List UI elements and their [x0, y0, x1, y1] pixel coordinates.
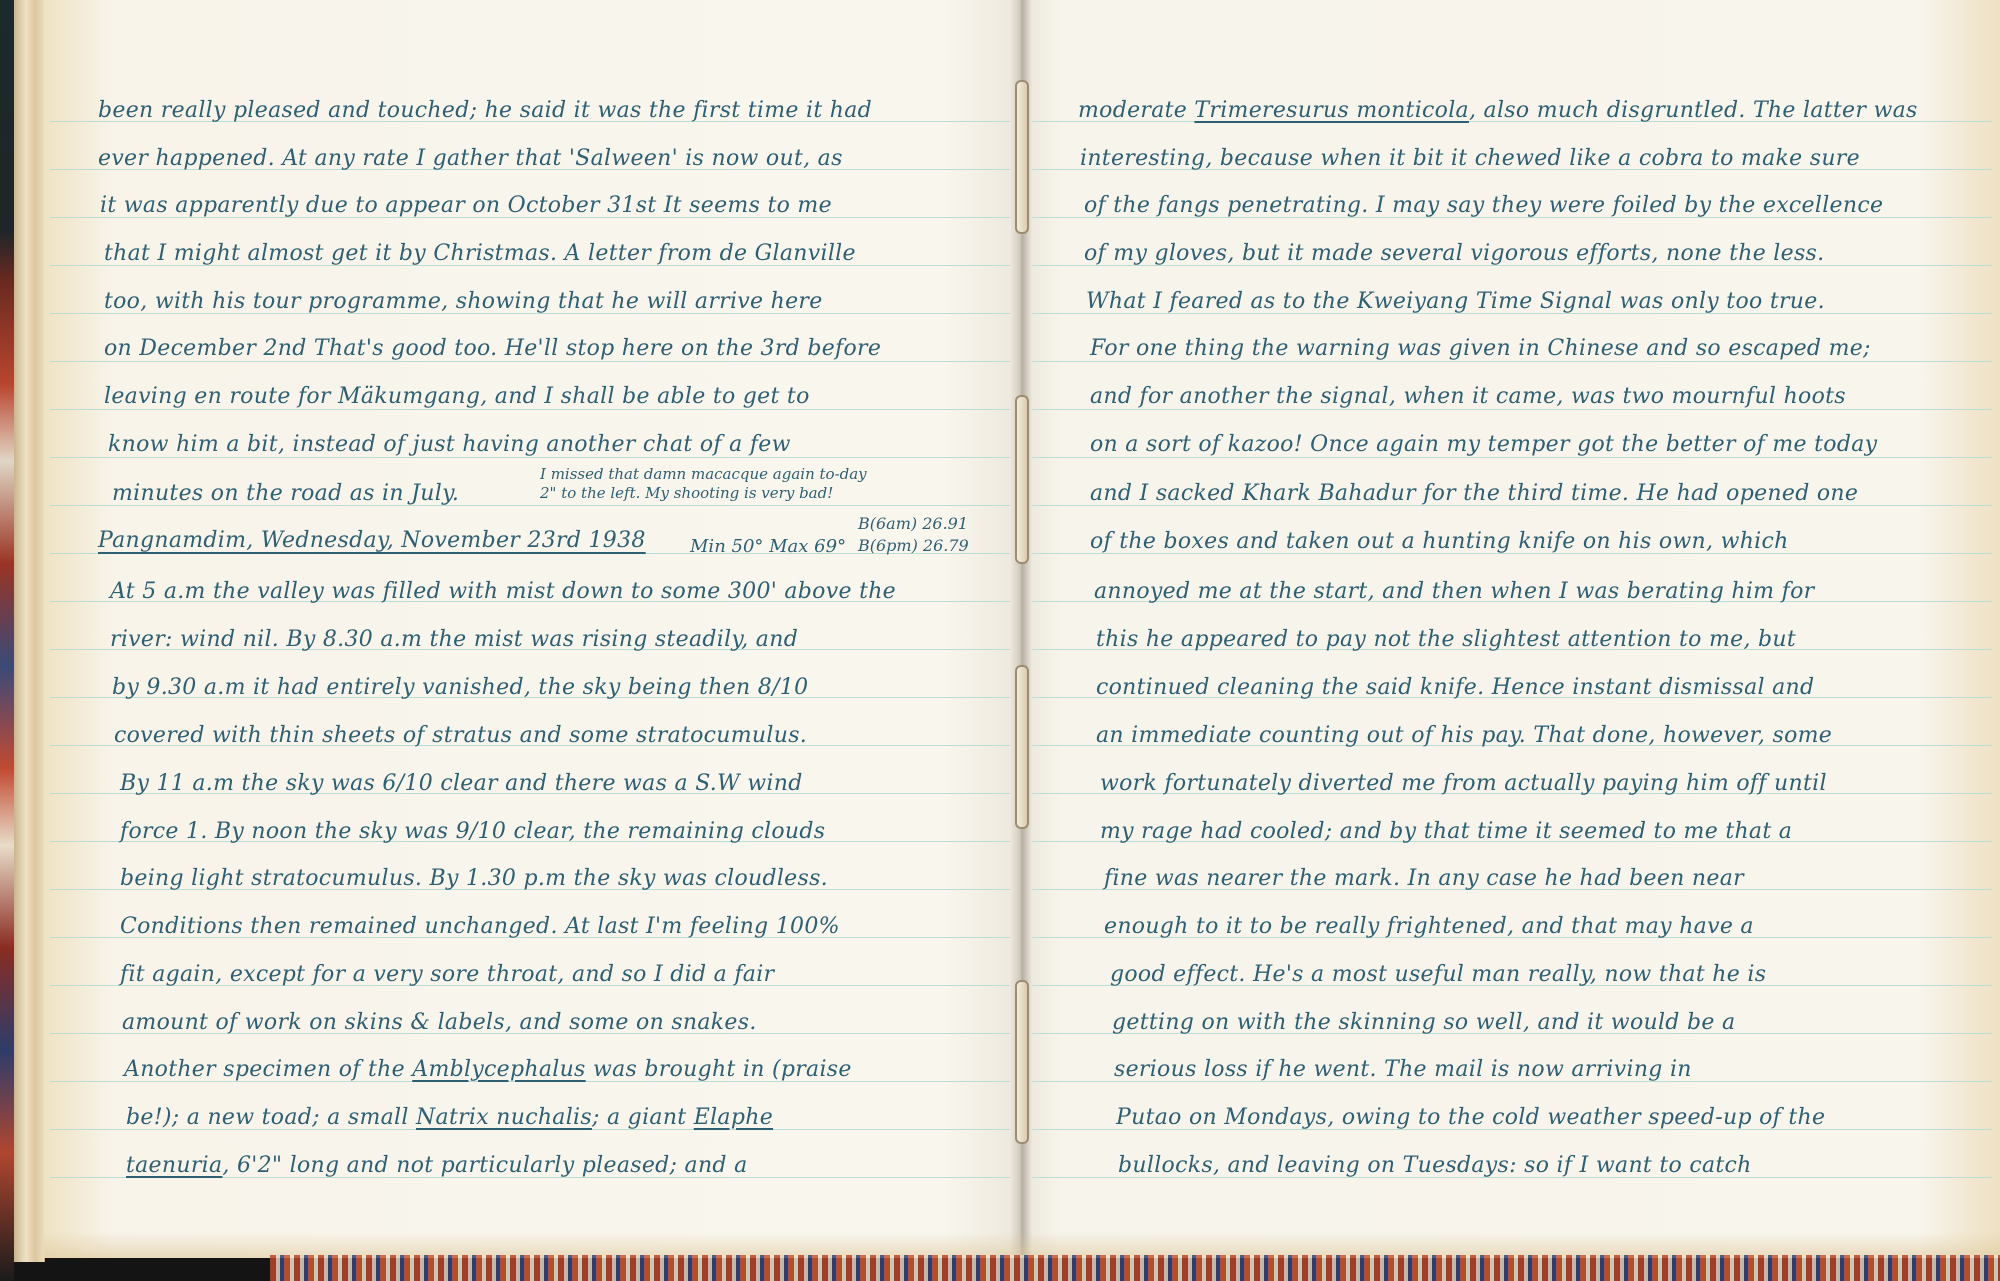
text-line: taenuria, 6'2" long and not particularly… [126, 1153, 748, 1178]
ruled-line [50, 361, 1010, 362]
barometer-reading-am: B(6am) 26.91 [858, 514, 968, 533]
ruled-line [50, 409, 1010, 410]
underlined-term: taenuria [126, 1153, 222, 1178]
text-line: an immediate counting out of his pay. Th… [1096, 723, 1832, 748]
text-line: What I feared as to the Kweiyang Time Si… [1086, 289, 1825, 314]
text-line: Putao on Mondays, owing to the cold weat… [1116, 1105, 1825, 1130]
margin-note-line-2: 2" to the left. My shooting is very bad! [540, 484, 833, 502]
text-line: and I sacked Khark Bahadur for the third… [1090, 481, 1858, 506]
text-line: annoyed me at the start, and then when I… [1094, 579, 1814, 604]
binding-staple [1015, 80, 1029, 234]
text-line: being light stratocumulus. By 1.30 p.m t… [120, 866, 828, 891]
text-line: of the boxes and taken out a hunting kni… [1090, 529, 1789, 554]
ruled-line [1032, 457, 1992, 458]
text-line: interesting, because when it bit it chew… [1080, 146, 1860, 171]
text-line: know him a bit, instead of just having a… [108, 432, 791, 457]
ruled-line [1032, 409, 1992, 410]
text-line: of the fangs penetrating. I may say they… [1084, 193, 1883, 218]
text-line: be!); a new toad; a small Natrix nuchali… [126, 1105, 773, 1130]
text-line: serious loss if he went. The mail is now… [1114, 1057, 1692, 1082]
underlined-term: Trimeresurus monticola [1194, 98, 1469, 123]
text-line: Another specimen of the Amblycephalus wa… [124, 1057, 852, 1082]
barometer-reading-pm: B(6pm) 26.79 [858, 536, 969, 555]
text-line: on December 2nd That's good too. He'll s… [104, 336, 881, 361]
ruled-line [50, 457, 1010, 458]
text-line: fine was nearer the mark. In any case he… [1104, 866, 1744, 891]
text-line: moderate Trimeresurus monticola, also mu… [1078, 98, 1918, 123]
underlined-term: Amblycephalus [412, 1057, 585, 1082]
text-line: By 11 a.m the sky was 6/10 clear and the… [120, 771, 803, 796]
text-line: been really pleased and touched; he said… [98, 98, 872, 123]
page-stack-edge [14, 0, 45, 1262]
entry-date-heading: Pangnamdim, Wednesday, November 23rd 193… [98, 528, 646, 553]
marbled-cover-edge-left [0, 0, 14, 1281]
binding-staple [1015, 665, 1029, 829]
text-line: by 9.30 a.m it had entirely vanished, th… [112, 675, 808, 700]
text-line: At 5 a.m the valley was filled with mist… [110, 579, 896, 604]
text-line: minutes on the road as in July. [112, 481, 459, 506]
text-line: too, with his tour programme, showing th… [104, 289, 823, 314]
temperature-reading: Min 50° Max 69° [690, 536, 846, 557]
underlined-term: Natrix nuchalis [416, 1105, 592, 1130]
text-line: that I might almost get it by Christmas.… [104, 241, 856, 266]
text-line: of my gloves, but it made several vigoro… [1084, 241, 1824, 266]
text-line: my rage had cooled; and by that time it … [1100, 819, 1792, 844]
text-line: covered with thin sheets of stratus and … [114, 723, 807, 748]
text-line: ever happened. At any rate I gather that… [98, 146, 843, 171]
text-line: it was apparently due to appear on Octob… [100, 193, 832, 218]
text-line: fit again, except for a very sore throat… [120, 962, 774, 987]
underlined-term: Elaphe [694, 1105, 773, 1130]
text-line: this he appeared to pay not the slightes… [1096, 627, 1796, 652]
binding-staple [1015, 980, 1029, 1144]
text-line: work fortunately diverted me from actual… [1100, 771, 1827, 796]
margin-note-line-1: I missed that damn macacque again to-day [540, 465, 867, 483]
text-line: force 1. By noon the sky was 9/10 clear,… [120, 819, 825, 844]
marbled-cover-edge-bottom [270, 1255, 2000, 1281]
text-line: and for another the signal, when it came… [1090, 384, 1846, 409]
text-line: getting on with the skinning so well, an… [1112, 1010, 1735, 1035]
text-line: on a sort of kazoo! Once again my temper… [1090, 432, 1877, 457]
text-line: bullocks, and leaving on Tuesdays: so if… [1118, 1153, 1752, 1178]
binding-staple [1015, 395, 1029, 564]
text-line: river: wind nil. By 8.30 a.m the mist wa… [110, 627, 798, 652]
text-line: continued cleaning the said knife. Hence… [1096, 675, 1814, 700]
text-line: good effect. He's a most useful man real… [1110, 962, 1766, 987]
text-line: enough to it to be really frightened, an… [1104, 914, 1754, 939]
ruled-line [1032, 361, 1992, 362]
text-line: Conditions then remained unchanged. At l… [120, 914, 840, 939]
text-line: For one thing the warning was given in C… [1090, 336, 1871, 361]
text-line: leaving en route for Mäkumgang, and I sh… [104, 384, 810, 409]
text-line: amount of work on skins & labels, and so… [122, 1010, 757, 1035]
